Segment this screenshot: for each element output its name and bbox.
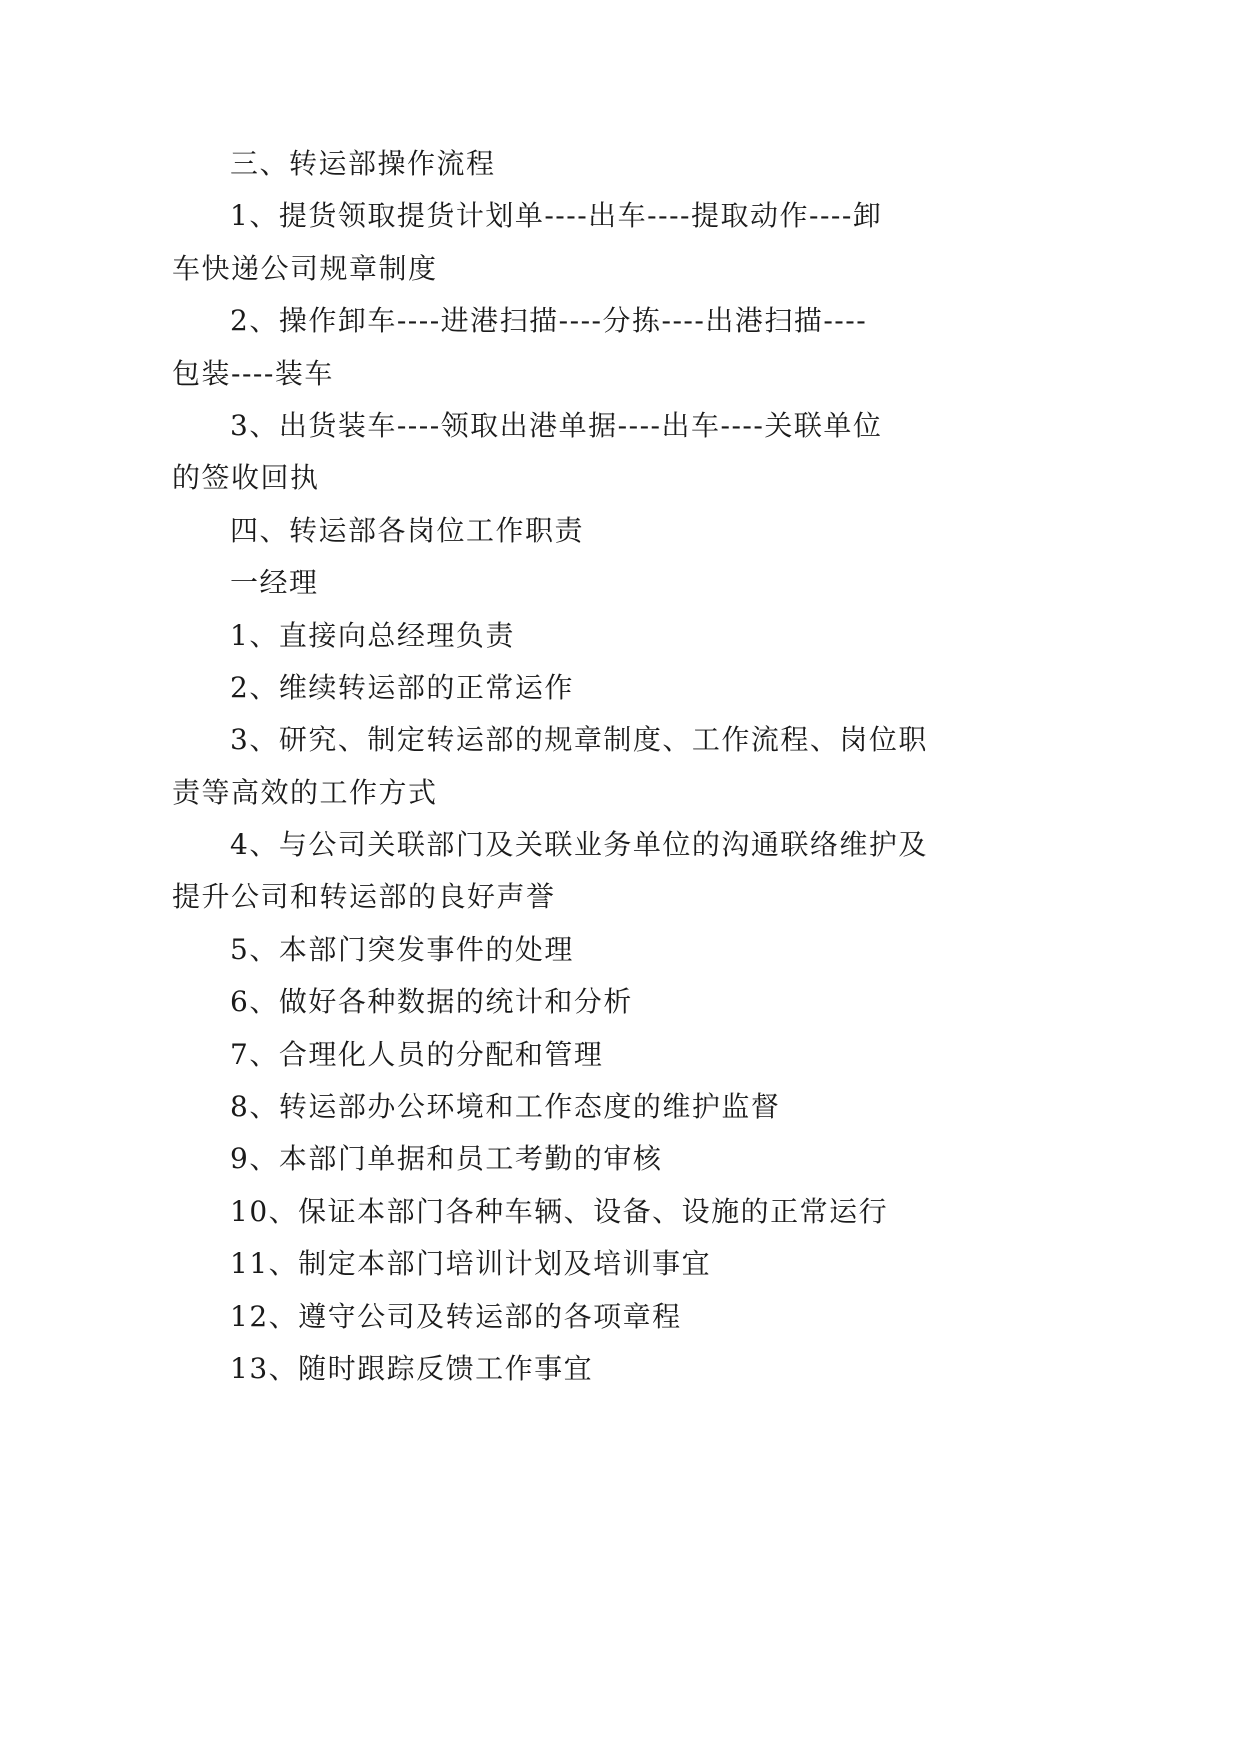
duty-item: 1、直接向总经理负责 <box>172 610 944 662</box>
paragraph-line: 1、提货领取提货计划单----出车----提取动作----卸 <box>172 190 944 242</box>
duty-item: 7、合理化人员的分配和管理 <box>172 1029 944 1081</box>
paragraph-line: 一经理 <box>172 557 944 609</box>
paragraph-line: 10、保证本部门各种车辆、设备、设施的正常运行 <box>172 1186 944 1238</box>
duty-item: 12、遵守公司及转运部的各项章程 <box>172 1291 944 1343</box>
paragraph-line: 三、转运部操作流程 <box>172 138 944 190</box>
document-page: 三、转运部操作流程 1、提货领取提货计划单----出车----提取动作----卸… <box>172 138 944 1395</box>
section-heading-operation-flow: 三、转运部操作流程 <box>172 138 944 190</box>
paragraph-line: 11、制定本部门培训计划及培训事宜 <box>172 1238 944 1290</box>
paragraph-line: 7、合理化人员的分配和管理 <box>172 1029 944 1081</box>
duty-item: 3、研究、制定转运部的规章制度、工作流程、岗位职 责等高效的工作方式 <box>172 714 944 819</box>
paragraph-line: 的签收回执 <box>172 452 944 504</box>
paragraph-line: 3、出货装车----领取出港单据----出车----关联单位 <box>172 400 944 452</box>
paragraph-line: 3、研究、制定转运部的规章制度、工作流程、岗位职 <box>172 714 944 766</box>
paragraph-line: 13、随时跟踪反馈工作事宜 <box>172 1343 944 1395</box>
paragraph-line: 四、转运部各岗位工作职责 <box>172 505 944 557</box>
paragraph-line: 6、做好各种数据的统计和分析 <box>172 976 944 1028</box>
duty-item: 9、本部门单据和员工考勤的审核 <box>172 1133 944 1185</box>
paragraph-line: 8、转运部办公环境和工作态度的维护监督 <box>172 1081 944 1133</box>
duty-item: 13、随时跟踪反馈工作事宜 <box>172 1343 944 1395</box>
paragraph-line: 责等高效的工作方式 <box>172 767 944 819</box>
paragraph-line: 2、操作卸车----进港扫描----分拣----出港扫描---- <box>172 295 944 347</box>
paragraph-line: 提升公司和转运部的良好声誉 <box>172 871 944 923</box>
duty-item: 6、做好各种数据的统计和分析 <box>172 976 944 1028</box>
paragraph-line: 5、本部门突发事件的处理 <box>172 924 944 976</box>
paragraph-line: 4、与公司关联部门及关联业务单位的沟通联络维护及 <box>172 819 944 871</box>
paragraph-line: 1、直接向总经理负责 <box>172 610 944 662</box>
paragraph-line: 9、本部门单据和员工考勤的审核 <box>172 1133 944 1185</box>
duty-item: 4、与公司关联部门及关联业务单位的沟通联络维护及 提升公司和转运部的良好声誉 <box>172 819 944 924</box>
paragraph-line: 12、遵守公司及转运部的各项章程 <box>172 1291 944 1343</box>
flow-step-shipping: 3、出货装车----领取出港单据----出车----关联单位 的签收回执 <box>172 400 944 505</box>
duty-item: 11、制定本部门培训计划及培训事宜 <box>172 1238 944 1290</box>
duty-item: 5、本部门突发事件的处理 <box>172 924 944 976</box>
paragraph-line: 包装----装车 <box>172 348 944 400</box>
paragraph-line: 2、维续转运部的正常运作 <box>172 662 944 714</box>
subheading-manager: 一经理 <box>172 557 944 609</box>
duty-item: 10、保证本部门各种车辆、设备、设施的正常运行 <box>172 1186 944 1238</box>
paragraph-line: 车快递公司规章制度 <box>172 243 944 295</box>
section-heading-job-duties: 四、转运部各岗位工作职责 <box>172 505 944 557</box>
duty-item: 8、转运部办公环境和工作态度的维护监督 <box>172 1081 944 1133</box>
flow-step-unloading: 2、操作卸车----进港扫描----分拣----出港扫描---- 包装----装… <box>172 295 944 400</box>
flow-step-pickup: 1、提货领取提货计划单----出车----提取动作----卸 车快递公司规章制度 <box>172 190 944 295</box>
duty-item: 2、维续转运部的正常运作 <box>172 662 944 714</box>
